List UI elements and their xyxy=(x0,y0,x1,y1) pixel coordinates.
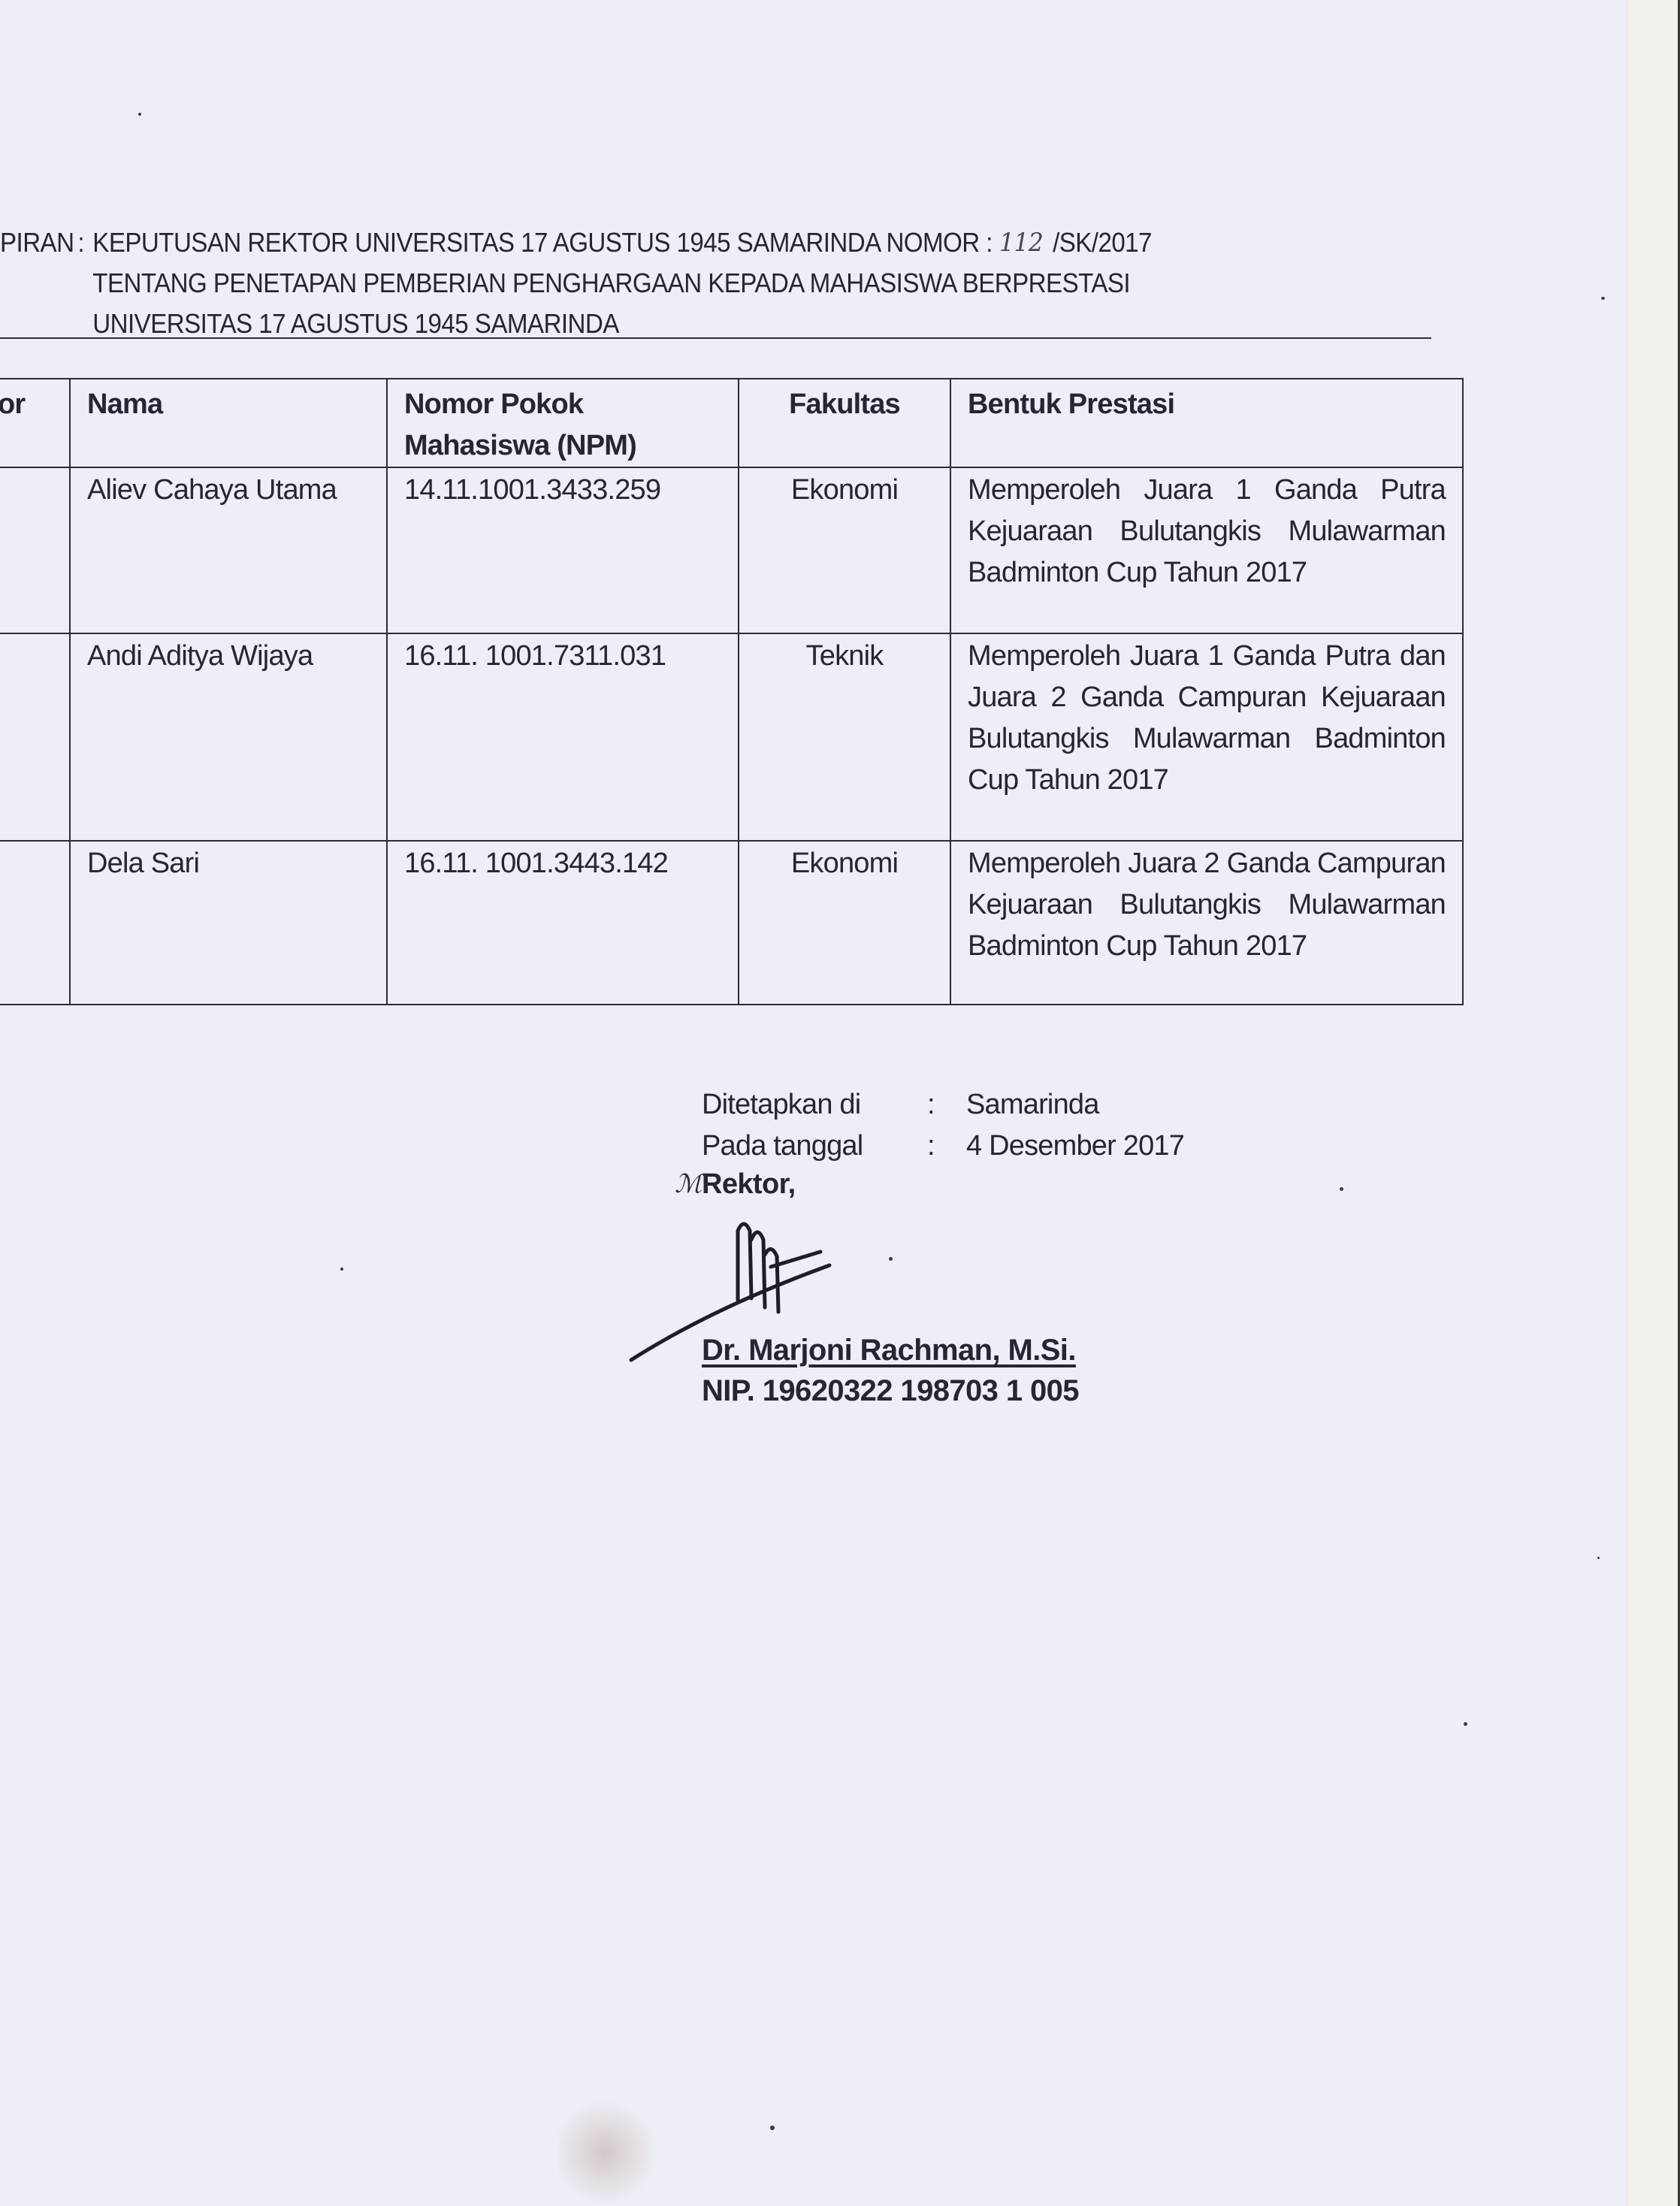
lampiran-subject: TENTANG PENETAPAN PEMBERIAN PENGHARGAAN … xyxy=(92,263,1130,304)
document-page: PIRAN : KEPUTUSAN REKTOR UNIVERSITAS 17 … xyxy=(0,0,1627,2206)
header-npm: Nomor Pokok Mahasiswa (NPM) xyxy=(387,379,739,467)
cell-nomor xyxy=(0,633,70,841)
ditetapkan-line: Ditetapkan di : Samarinda xyxy=(702,1084,1184,1126)
lampiran-line-1: PIRAN : KEPUTUSAN REKTOR UNIVERSITAS 17 … xyxy=(0,222,1152,263)
table-row: Andi Aditya Wijaya 16.11. 1001.7311.031 … xyxy=(0,633,1463,841)
cell-fakultas: Teknik xyxy=(739,633,950,841)
lampiran-colon: : xyxy=(69,222,92,263)
tanggal-line: Pada tanggal : 4 Desember 2017 xyxy=(702,1126,1184,1167)
penetapan-block: Ditetapkan di : Samarinda Pada tanggal :… xyxy=(702,1084,1184,1167)
cell-npm: 16.11. 1001.3443.142 xyxy=(387,841,739,1005)
scan-speck xyxy=(1340,1187,1343,1191)
header-npm-line-1: Nomor Pokok xyxy=(404,384,721,425)
tanggal-label: Pada tanggal xyxy=(702,1126,927,1167)
header-nama: Nama xyxy=(70,379,387,467)
header-divider xyxy=(0,337,1431,339)
table-header-row: mor Nama Nomor Pokok Mahasiswa (NPM) Fak… xyxy=(0,379,1463,467)
tanggal-colon: : xyxy=(927,1126,966,1167)
scan-speck xyxy=(770,2126,775,2130)
cell-npm: 14.11.1001.3433.259 xyxy=(387,467,739,633)
lampiran-header: PIRAN : KEPUTUSAN REKTOR UNIVERSITAS 17 … xyxy=(0,222,1152,344)
tanggal-value: 4 Desember 2017 xyxy=(966,1126,1184,1167)
header-nomor: mor xyxy=(0,379,70,467)
cell-nomor xyxy=(0,467,70,633)
page-edge xyxy=(1627,0,1678,2206)
handwritten-nomor: 112 xyxy=(993,222,1053,263)
ditetapkan-label: Ditetapkan di xyxy=(702,1084,927,1126)
prestasi-table: mor Nama Nomor Pokok Mahasiswa (NPM) Fak… xyxy=(0,378,1464,1005)
cell-fakultas: Ekonomi xyxy=(739,841,950,1005)
table-row: Dela Sari 16.11. 1001.3443.142 Ekonomi M… xyxy=(0,841,1463,1005)
pejabat-nama: Dr. Marjoni Rachman, M.Si. xyxy=(702,1334,1076,1367)
cell-nomor xyxy=(0,841,70,1005)
scan-speck xyxy=(1597,1557,1600,1559)
cell-npm: 16.11. 1001.7311.031 xyxy=(387,633,739,841)
cell-prestasi: Memperoleh Juara 1 Ganda Putra Kejuaraan… xyxy=(950,467,1463,633)
pejabat-nip: NIP. 19620322 198703 1 005 xyxy=(702,1374,1079,1408)
scan-speck xyxy=(138,113,141,116)
lampiran-nomor-suffix: /SK/2017 xyxy=(1053,222,1152,263)
cell-prestasi: Memperoleh Juara 1 Ganda Putra dan Juara… xyxy=(950,633,1463,841)
ditetapkan-value: Samarinda xyxy=(966,1084,1099,1126)
lampiran-line-2: TENTANG PENETAPAN PEMBERIAN PENGHARGAAN … xyxy=(0,263,1152,304)
table-row: Aliev Cahaya Utama 14.11.1001.3433.259 E… xyxy=(0,467,1463,633)
cell-nama: Aliev Cahaya Utama xyxy=(70,467,387,633)
scan-speck xyxy=(889,1257,893,1261)
cell-fakultas: Ekonomi xyxy=(739,467,950,633)
cell-nama: Dela Sari xyxy=(70,841,387,1005)
scan-speck xyxy=(1601,297,1605,300)
jabatan-rektor: Rektor, xyxy=(702,1168,796,1201)
scan-speck xyxy=(340,1268,343,1271)
cell-nama: Andi Aditya Wijaya xyxy=(70,633,387,841)
lampiran-title: KEPUTUSAN REKTOR UNIVERSITAS 17 AGUSTUS … xyxy=(92,222,993,263)
cell-prestasi: Memperoleh Juara 2 Ganda Campuran Kejuar… xyxy=(950,841,1463,1005)
header-npm-line-2: Mahasiswa (NPM) xyxy=(404,425,721,467)
header-fakultas: Fakultas xyxy=(739,379,950,467)
ditetapkan-colon: : xyxy=(927,1084,966,1126)
scan-stain xyxy=(556,2096,654,2206)
paraf-initial: ℳ xyxy=(675,1169,702,1199)
scan-speck xyxy=(1464,1722,1467,1726)
lampiran-label: PIRAN xyxy=(0,222,69,263)
header-prestasi: Bentuk Prestasi xyxy=(950,379,1463,467)
